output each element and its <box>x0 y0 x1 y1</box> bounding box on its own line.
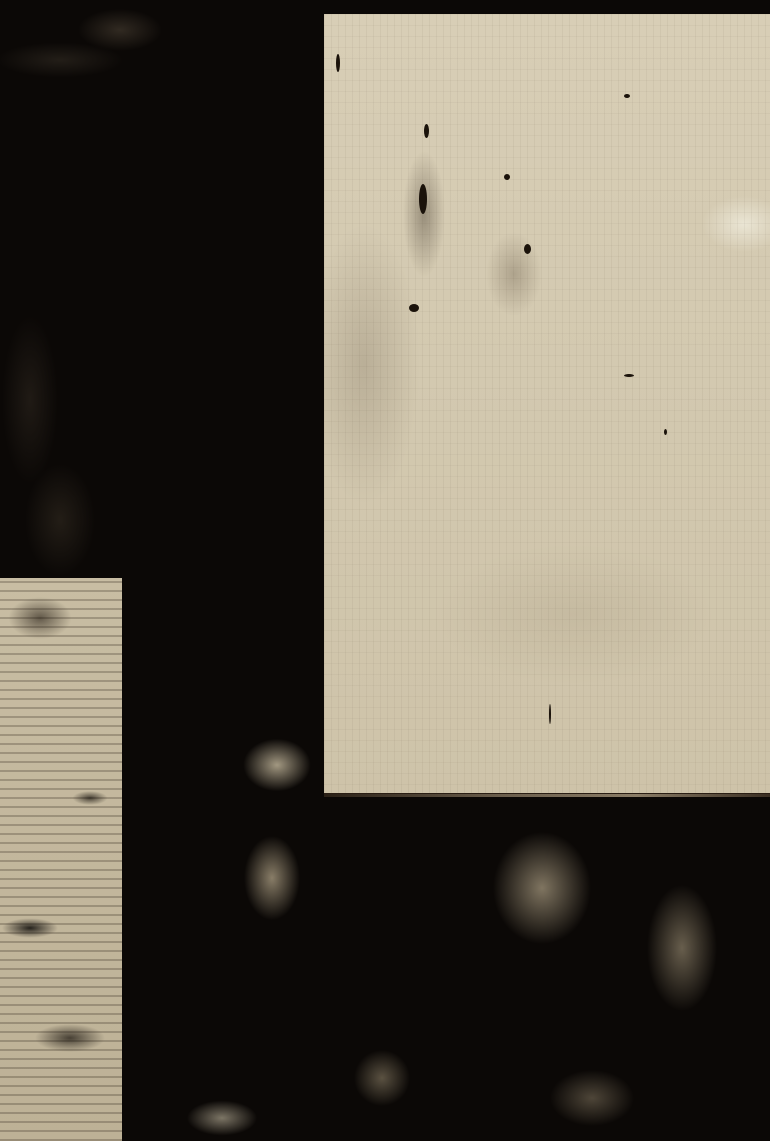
paint-speck <box>549 704 551 724</box>
paint-speck <box>624 374 634 377</box>
paint-speck <box>524 244 531 254</box>
paint-speck <box>624 94 630 98</box>
paint-speck <box>336 54 340 72</box>
light-patch <box>232 730 322 800</box>
abstract-painting <box>0 0 770 1141</box>
paint-speck <box>419 184 427 214</box>
cream-vertical-strip <box>0 578 122 1141</box>
paint-speck <box>664 429 667 435</box>
paint-speck <box>409 304 419 312</box>
cream-rectangle-panel <box>324 14 770 796</box>
panel-bottom-edge <box>324 794 770 797</box>
paint-speck <box>504 174 510 180</box>
paint-speck <box>424 124 429 138</box>
dark-textured-field <box>122 798 770 1141</box>
